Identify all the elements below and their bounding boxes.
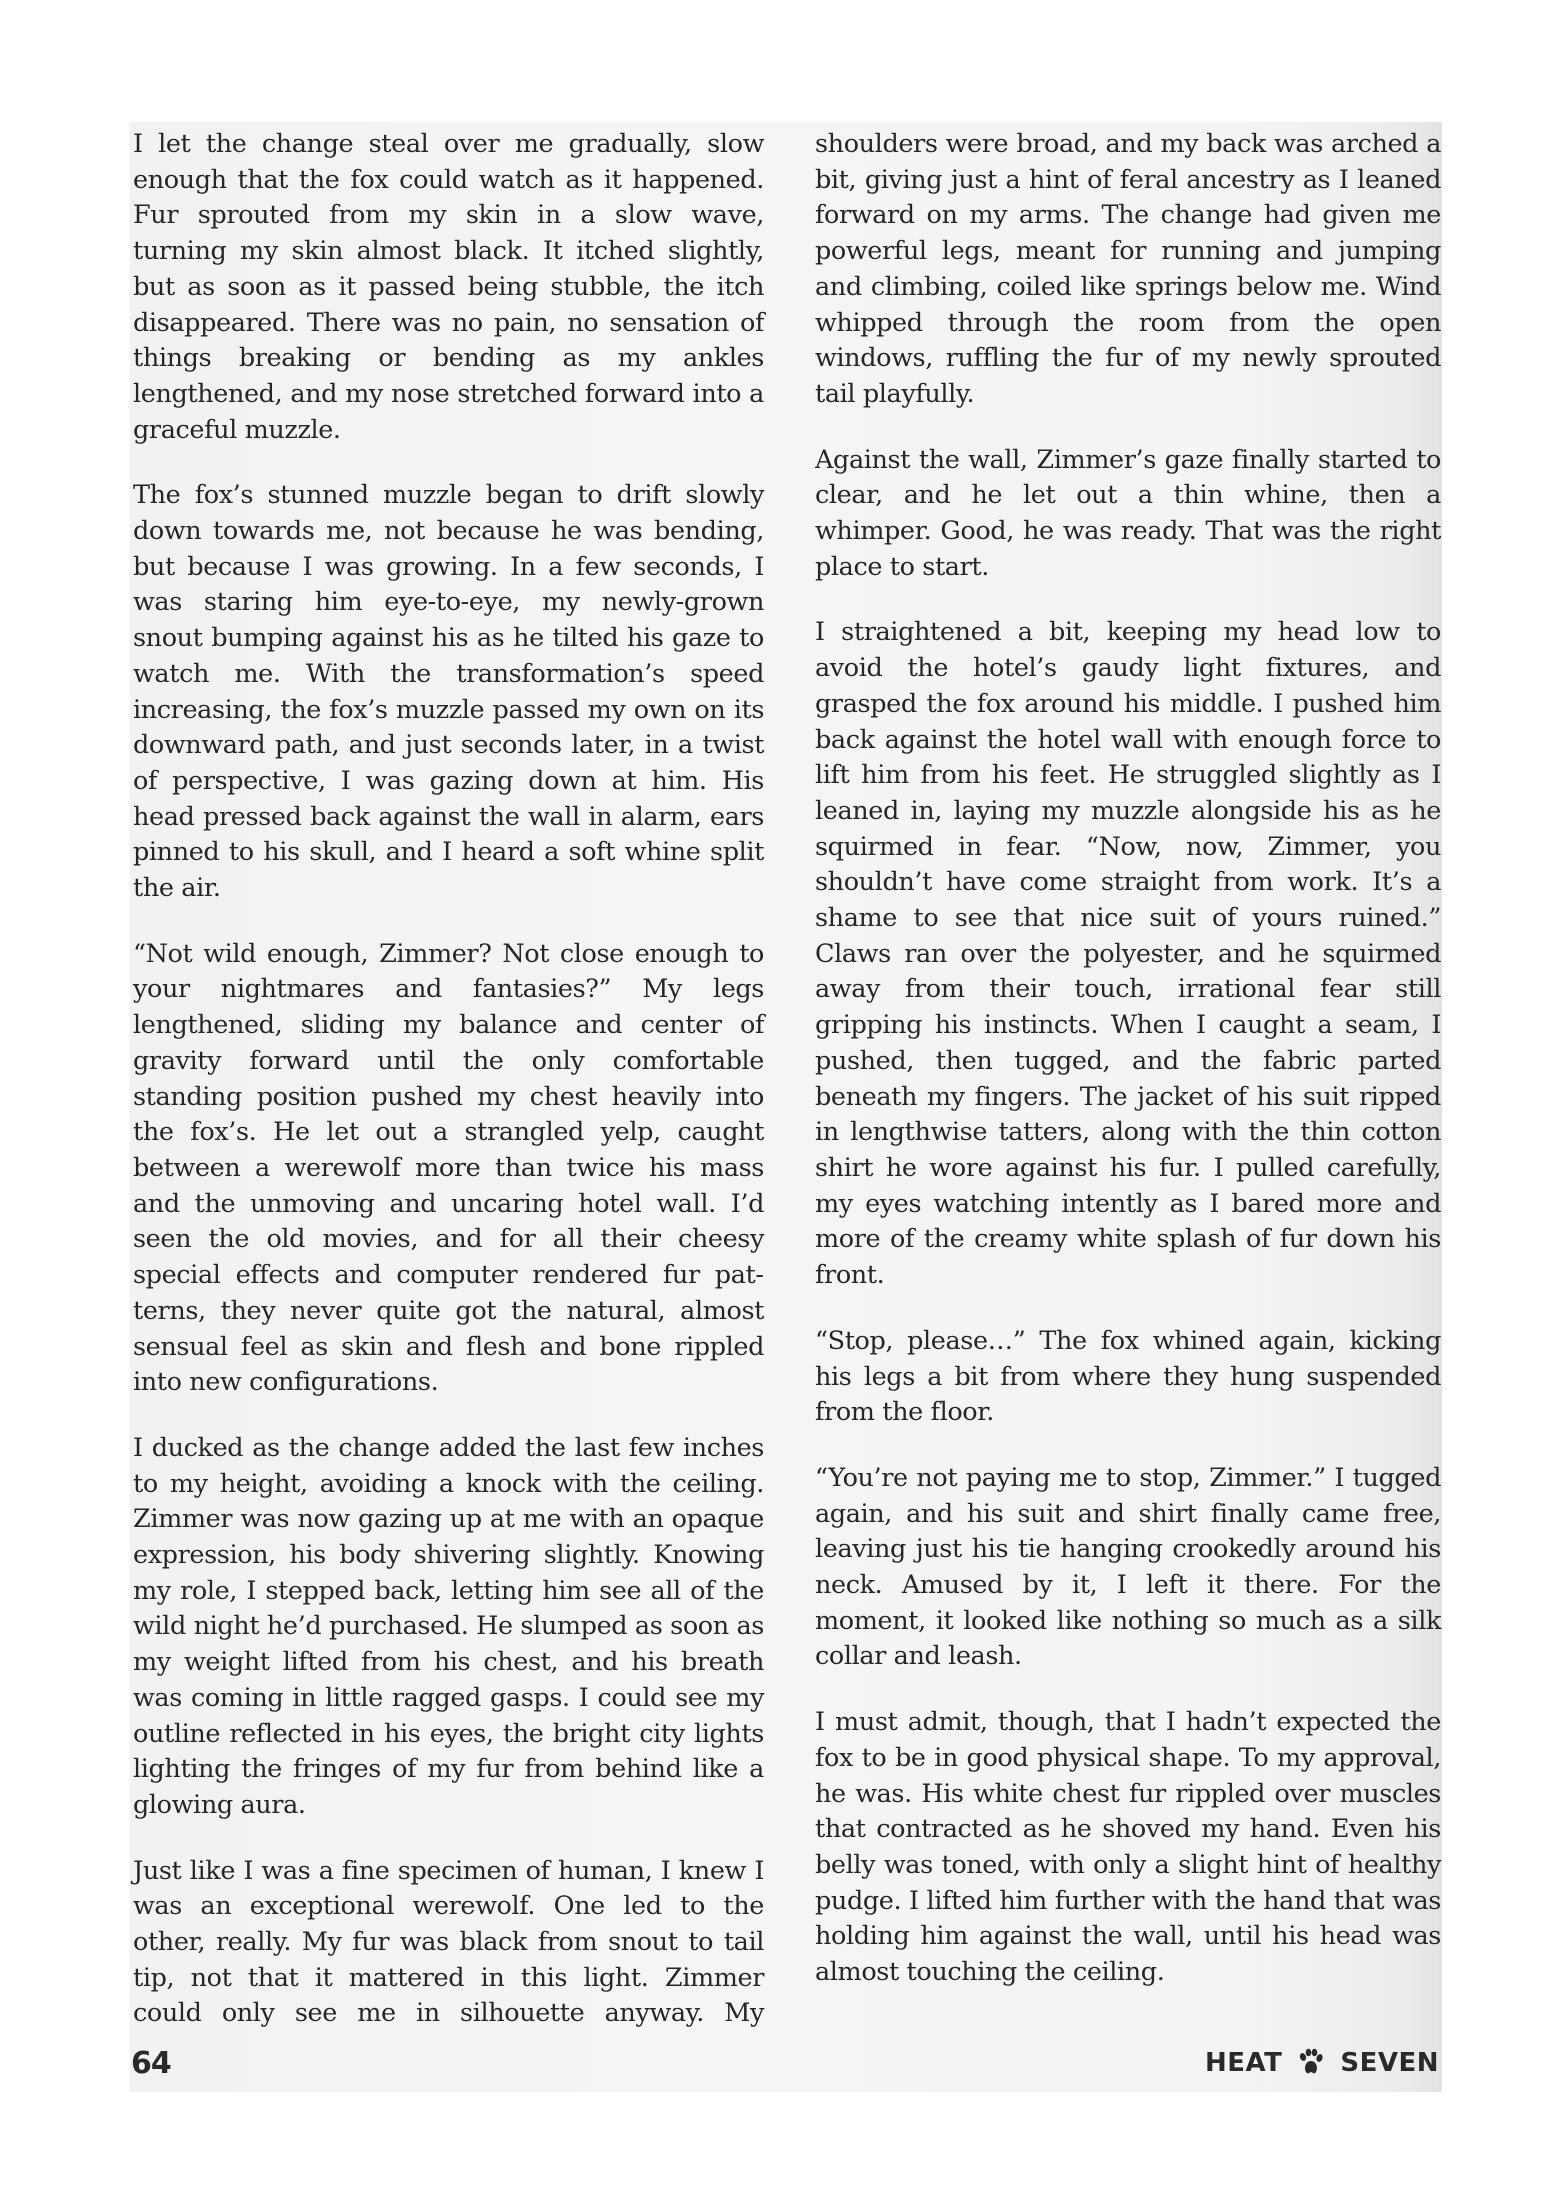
paragraph-continuation: shoulders were broad, and my back was ar… xyxy=(815,127,1441,413)
paragraph: I let the change steal over me gradually… xyxy=(133,127,764,448)
paragraph: I ducked as the change added the last fe… xyxy=(133,1431,764,1824)
publication-title-right: SEVEN xyxy=(1340,2048,1439,2078)
paragraph-continued: Just like I was a fine specimen of human… xyxy=(133,1854,764,2033)
paragraph: “Not wild enough, Zimmer? Not close enou… xyxy=(133,937,764,1401)
page-number: 64 xyxy=(131,2046,171,2081)
paw-print-icon xyxy=(1296,2048,1326,2078)
paragraph: The fox’s stunned muzzle began to drift … xyxy=(133,478,764,906)
publication-footer: HEAT SEVEN xyxy=(1205,2048,1439,2078)
text-column-right: shoulders were broad, and my back was ar… xyxy=(815,127,1441,2021)
paragraph: I must admit, though, that I hadn’t expe… xyxy=(815,1705,1441,1991)
paragraph: “You’re not paying me to stop, Zimmer.” … xyxy=(815,1461,1441,1675)
paragraph: Against the wall, Zimmer’s gaze finally … xyxy=(815,443,1441,586)
publication-title-left: HEAT xyxy=(1205,2048,1282,2078)
paragraph: I straightened a bit, keeping my head lo… xyxy=(815,615,1441,1293)
paragraph: “Stop, please…” The fox whined again, ki… xyxy=(815,1324,1441,1431)
text-column-left: I let the change steal over me gradually… xyxy=(133,127,764,2062)
